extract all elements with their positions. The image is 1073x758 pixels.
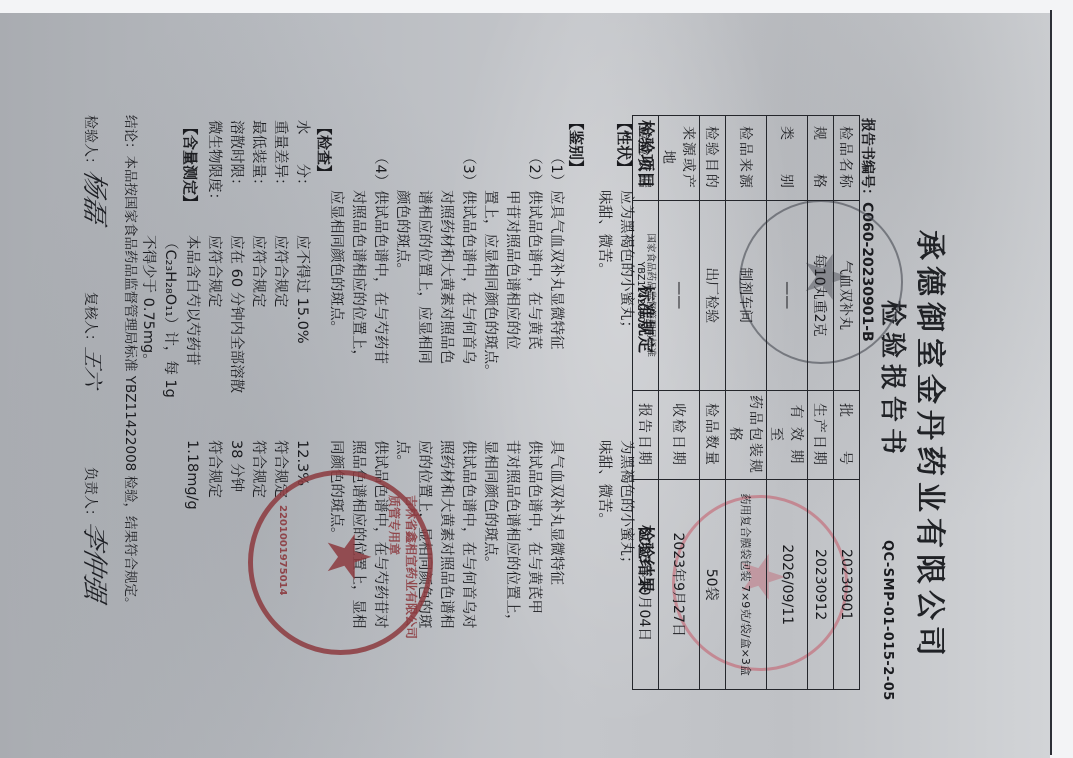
stamp-company-text: 吉林省鑫相宣药业有限公司 质管专用章	[386, 495, 420, 650]
text-line: （C₂₃H₂₈O₁₁）计，每 1g	[159, 235, 181, 398]
value-cell: 气血双补丸	[834, 200, 860, 390]
value-cell: 每10丸重2克	[808, 200, 834, 390]
text-line: 溶散时限：	[225, 120, 247, 207]
inspector-label: 检验人：	[82, 115, 98, 171]
info-table: 检品名称 气血双补丸 批 号 20230901 规 格 每10丸重2克 生产日期…	[632, 115, 860, 690]
label-cell: 检品名称	[834, 116, 860, 201]
item-number: （2）	[523, 150, 545, 188]
company-name: 承德御室金丹药业有限公司	[911, 230, 955, 662]
item-number: （4）	[369, 150, 391, 188]
label-cell: 检品来源	[726, 116, 767, 201]
section-inspection: 【检查】	[314, 120, 335, 180]
inspector-signature: 杨磊	[78, 167, 115, 227]
label-cell: 检验目的	[700, 116, 726, 201]
inspection-standards: 应不得过 15.0% 应符合规定 应符合规定 应在 60 分钟内全部溶散 应符合…	[203, 235, 313, 393]
item-number: （3）	[457, 150, 479, 188]
value-cell: 2023年9月27日	[659, 480, 700, 690]
value-cell: 20230901	[834, 480, 860, 690]
inspection-report: 承德御室金丹药业有限公司 检验报告书 QC-SMP-01-015-2-05 报告…	[0, 0, 1073, 758]
text-line: 38 分钟	[225, 440, 247, 498]
text-line: 应在 60 分钟内全部溶散	[225, 235, 247, 393]
conclusion: 结论：本品按国家食品药品监督管理局标准 YBZ11422008 检验，结果符合规…	[119, 115, 141, 611]
column-header-result: 检验结果	[635, 525, 660, 593]
text-line: 应符合规定	[269, 235, 291, 393]
quality-control-stamp: ★ 吉林省鑫相宣药业有限公司 质管专用章 2201001975014	[248, 470, 433, 655]
identification-standards: 应具气血双补丸显微特征 供试品色谱中，在与黄芪 甲苷对照品色谱相应的位 置上，应…	[325, 190, 567, 379]
text-line: 应符合规定	[247, 235, 269, 393]
text-line: 最低装量：	[247, 120, 269, 207]
character-standard: 应为黑褐色的小蜜丸； 味甜、微苦。	[593, 190, 637, 335]
text-line: 颜色的斑点。	[391, 190, 413, 379]
reviewer-signature: 王六	[80, 345, 109, 391]
label-cell: 批 号	[834, 390, 860, 480]
value-cell: ——	[767, 200, 808, 390]
column-header-item: 检验项目	[635, 120, 660, 188]
label-cell: 生产日期	[808, 390, 834, 480]
character-result: 为黑褐色的小蜜丸； 味甜、微苦。	[593, 440, 637, 571]
label-cell: 规 格	[808, 116, 834, 201]
text-line: 应不得过 15.0%	[291, 235, 313, 393]
value-cell: 20230912	[808, 480, 834, 690]
label-cell: 药品包装规格	[726, 390, 767, 480]
label-cell: 收检日期	[659, 390, 700, 480]
text-line: 甲苷对照品色谱相应的位	[501, 190, 523, 379]
text-line: 水 分：	[291, 120, 313, 207]
responsible-signature: 李仲强	[78, 519, 115, 605]
text-line: 应符合规定	[203, 235, 225, 393]
report-number-label: 报告书编号：	[859, 118, 875, 202]
text-line: 为黑褐色的小蜜丸；	[615, 440, 637, 571]
section-character: 【性状】	[614, 115, 635, 175]
text-line: 供试品色谱中，在与黄芪甲	[523, 440, 545, 629]
value-cell: 2026/09/11	[767, 480, 808, 690]
assay-result: 1.18mg/g	[181, 440, 203, 510]
text-line: 供试品色谱中，在与黄芪	[523, 190, 545, 379]
star-icon: ★	[313, 530, 383, 584]
responsible-label: 负责人：	[82, 467, 98, 523]
text-line: 照药材和大黄素对照品色谱相	[435, 440, 457, 629]
text-line: 微生物限度：	[203, 120, 225, 207]
text-line: 符合规定	[247, 440, 269, 498]
text-line: 味甜、微苦。	[593, 190, 615, 335]
value-cell: 药用复合膜袋包装 7×9克/袋/盒×3盒	[726, 480, 767, 690]
section-assay: 【含量测定】	[180, 120, 201, 210]
text-line: 显相同颜色的斑点。	[479, 440, 501, 629]
table-row: 来源或产地 —— 收检日期 2023年9月27日	[659, 116, 700, 690]
label-cell: 有 效 期 至	[767, 390, 808, 480]
text-line: 供试品色谱中，在与何首乌	[457, 190, 479, 379]
text-line: 置上，应显相同颜色的斑点。	[479, 190, 501, 379]
table-row: 类 别 —— 有 效 期 至 2026/09/11	[767, 116, 808, 690]
text-line: 谱相应的位置上，应显相同	[413, 190, 435, 379]
text-line: 应为黑褐色的小蜜丸；	[615, 190, 637, 335]
text-line: 重量差异：	[269, 120, 291, 207]
value-cell: 出厂检验	[700, 200, 726, 390]
inspection-items: 水 分： 重量差异： 最低装量： 溶散时限： 微生物限度：	[203, 120, 313, 207]
text-line: 应具气血双补丸显微特征	[545, 190, 567, 379]
label-cell: 类 别	[767, 116, 808, 201]
table-row: 检品名称 气血双补丸 批 号 20230901	[834, 116, 860, 690]
section-identification: 【鉴别】	[566, 115, 587, 175]
value-cell: ——	[659, 200, 700, 390]
identification-nums: （1） （2） （3） （4）	[369, 150, 567, 188]
item-number: （1）	[545, 150, 567, 188]
assay-standard: 本品含白芍以芍药苷 （C₂₃H₂₈O₁₁）计，每 1g 不得少于 0.75mg。	[137, 235, 203, 398]
text-line: 苷对照品色谱相应的位置上，	[501, 440, 523, 629]
value-cell: 50袋	[700, 480, 726, 690]
text-line: 味甜、微苦。	[593, 440, 615, 571]
table-row: 规 格 每10丸重2克 生产日期 20230912	[808, 116, 834, 690]
text-line: 符合规定	[203, 440, 225, 498]
value-cell: 制剂车间	[726, 200, 767, 390]
label-cell: 检品数量	[700, 390, 726, 480]
text-line: 对照品色谱相应的位置上，	[347, 190, 369, 379]
table-row: 检验目的 出厂检验 检品数量 50袋	[700, 116, 726, 690]
label-cell: 来源或产地	[659, 116, 700, 201]
stamp-number: 2201001975014	[277, 505, 288, 595]
reviewer-label: 复核人：	[82, 292, 98, 348]
table-row: 检品来源 制剂车间 药品包装规格 药用复合膜袋包装 7×9克/袋/盒×3盒	[726, 116, 767, 690]
column-header-standard: 标准规定	[635, 285, 660, 353]
text-line: 供试品色谱中，在与芍药苷	[369, 190, 391, 379]
text-line: 具气血双补丸显微特征	[545, 440, 567, 629]
text-line: 供试品色谱中，在与何首乌对	[457, 440, 479, 629]
form-code: QC-SMP-01-015-2-05	[880, 540, 895, 701]
text-line: 本品含白芍以芍药苷	[181, 235, 203, 398]
text-line: 对照药材和大黄素对照品色	[435, 190, 457, 379]
text-line: 应显相同颜色的斑点。	[325, 190, 347, 379]
signature-line: 检验人：杨磊 复核人：王六 负责人：李仲强	[78, 115, 115, 601]
